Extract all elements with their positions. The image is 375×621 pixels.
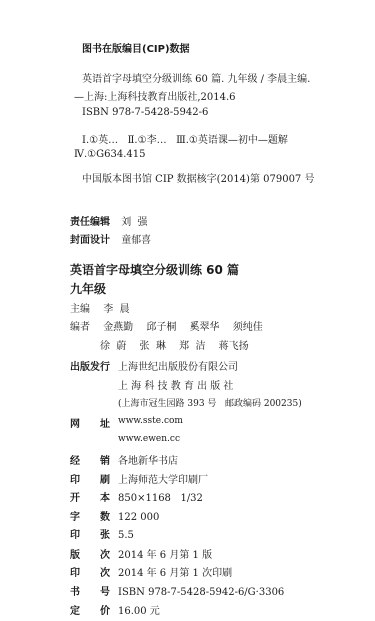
imprint-value: 2014 年 6 月第 1 版 [118, 550, 212, 561]
imprint-label-2: 张 [100, 526, 118, 541]
imprint-value: 122 000 [118, 512, 159, 523]
authors-label: 编者 [70, 318, 100, 333]
imprint-value: 16.00 元 [118, 606, 160, 617]
chief-editor-name: 李 晨 [103, 304, 129, 315]
imprint-label-1: 版 [70, 546, 100, 561]
book-title: 英语首字母填空分级训练 60 篇 [70, 261, 239, 278]
publisher-line: 上海世纪出版股份有限公司 [118, 358, 238, 373]
authors-row-2: 徐 蔚 张 琳 郑 洁 蒋飞扬 [100, 337, 259, 352]
author: 蒋飞扬 [219, 337, 249, 352]
imprint-label-2: 销 [100, 452, 118, 467]
imprint-row: 定价16.00 元 [70, 602, 160, 617]
imprint-value: 2014 年 6 月第 1 次印刷 [118, 568, 232, 579]
imprint-row: 字数122 000 [70, 508, 159, 523]
imprint-row: 印张5.5 [70, 526, 134, 541]
responsible-editor-name: 刘 强 [121, 217, 147, 228]
imprint-label-1: 印 [70, 526, 100, 541]
author: 须纯佳 [233, 318, 263, 333]
author: 徐 蔚 [100, 337, 126, 352]
imprint-label-2: 数 [100, 508, 118, 523]
author: 张 琳 [140, 337, 166, 352]
imprint-row: 印刷上海师范大学印刷厂 [70, 471, 208, 486]
imprint-label-1: 字 [70, 508, 100, 523]
imprint-value: ISBN 978-7-5428-5942-6/G·3306 [118, 587, 284, 598]
imprint-value: 850×1168 1/32 [118, 493, 203, 504]
imprint-label-2: 次 [100, 564, 118, 579]
imprint-row: 书号ISBN 978-7-5428-5942-6/G·3306 [70, 583, 284, 598]
imprint-label-2: 次 [100, 546, 118, 561]
imprint-row: 印次2014 年 6 月第 1 次印刷 [70, 564, 232, 579]
imprint-row: 经销各地新华书店 [70, 452, 178, 467]
imprint-row: 版次2014 年 6 月第 1 版 [70, 546, 212, 561]
cover-designer-name: 童郁喜 [121, 235, 151, 246]
publisher-label: 出版发行 [70, 358, 110, 373]
imprint-label-2: 刷 [100, 471, 118, 486]
authors: 编者 金燕勤 邱子桐 奚翠华 须纯佳 [70, 318, 273, 333]
imprint-label-1: 开 [70, 489, 100, 504]
book-subtitle: 九年级 [70, 280, 106, 297]
cip-title-line: 英语首字母填空分级训练 60 篇. 九年级 / 李晨主编. [82, 70, 310, 85]
imprint-label-2: 本 [100, 489, 118, 504]
author: 邱子桐 [146, 318, 176, 333]
imprint-label-1: 定 [70, 602, 100, 617]
imprint-value: 上海师范大学印刷厂 [118, 475, 208, 486]
imprint-row: 开本850×1168 1/32 [70, 489, 203, 504]
imprint-label-2: 号 [100, 583, 118, 598]
imprint-value: 5.5 [118, 530, 134, 541]
imprint-label-1: 书 [70, 583, 100, 598]
imprint-label-1: 印 [70, 564, 100, 579]
publisher-line: 上 海 科 技 教 育 出 版 社 [118, 377, 233, 392]
cip-classification-code: Ⅳ.①G634.415 [74, 149, 145, 160]
cip-isbn-line: ISBN 978-7-5428-5942-6 [82, 107, 208, 118]
cip-heading: 图书在版编目(CIP)数据 [82, 40, 190, 55]
website-link[interactable]: www.ewen.cc [118, 434, 180, 444]
publisher-address: (上海市冠生园路 393 号 邮政编码 200235) [118, 396, 302, 409]
chief-editor-label: 主编 [70, 300, 100, 315]
author: 奚翠华 [190, 318, 220, 333]
author: 金燕勤 [103, 318, 133, 333]
responsible-editor: 责任编辑 刘 强 [70, 213, 148, 228]
imprint-label-2: 价 [100, 602, 118, 617]
cip-record-number: 中国版本图书馆 CIP 数据核字(2014)第 079007 号 [82, 170, 314, 185]
cip-publisher-line: —上海:上海科技教育出版社,2014.6 [74, 88, 236, 103]
cip-classification-line: Ⅰ.①英… Ⅱ.①李… Ⅲ.①英语课—初中—题解 [82, 131, 288, 146]
website-label: 网 址 [70, 415, 110, 430]
imprint-value: 各地新华书店 [118, 456, 178, 467]
responsible-editor-label: 责任编辑 [70, 213, 118, 228]
website-link[interactable]: www.sste.com [118, 416, 183, 426]
imprint-label-1: 经 [70, 452, 100, 467]
imprint-label-1: 印 [70, 471, 100, 486]
chief-editor: 主编 李 晨 [70, 300, 130, 315]
author: 郑 洁 [179, 337, 205, 352]
cover-designer: 封面设计 童郁喜 [70, 231, 151, 246]
cover-designer-label: 封面设计 [70, 231, 118, 246]
